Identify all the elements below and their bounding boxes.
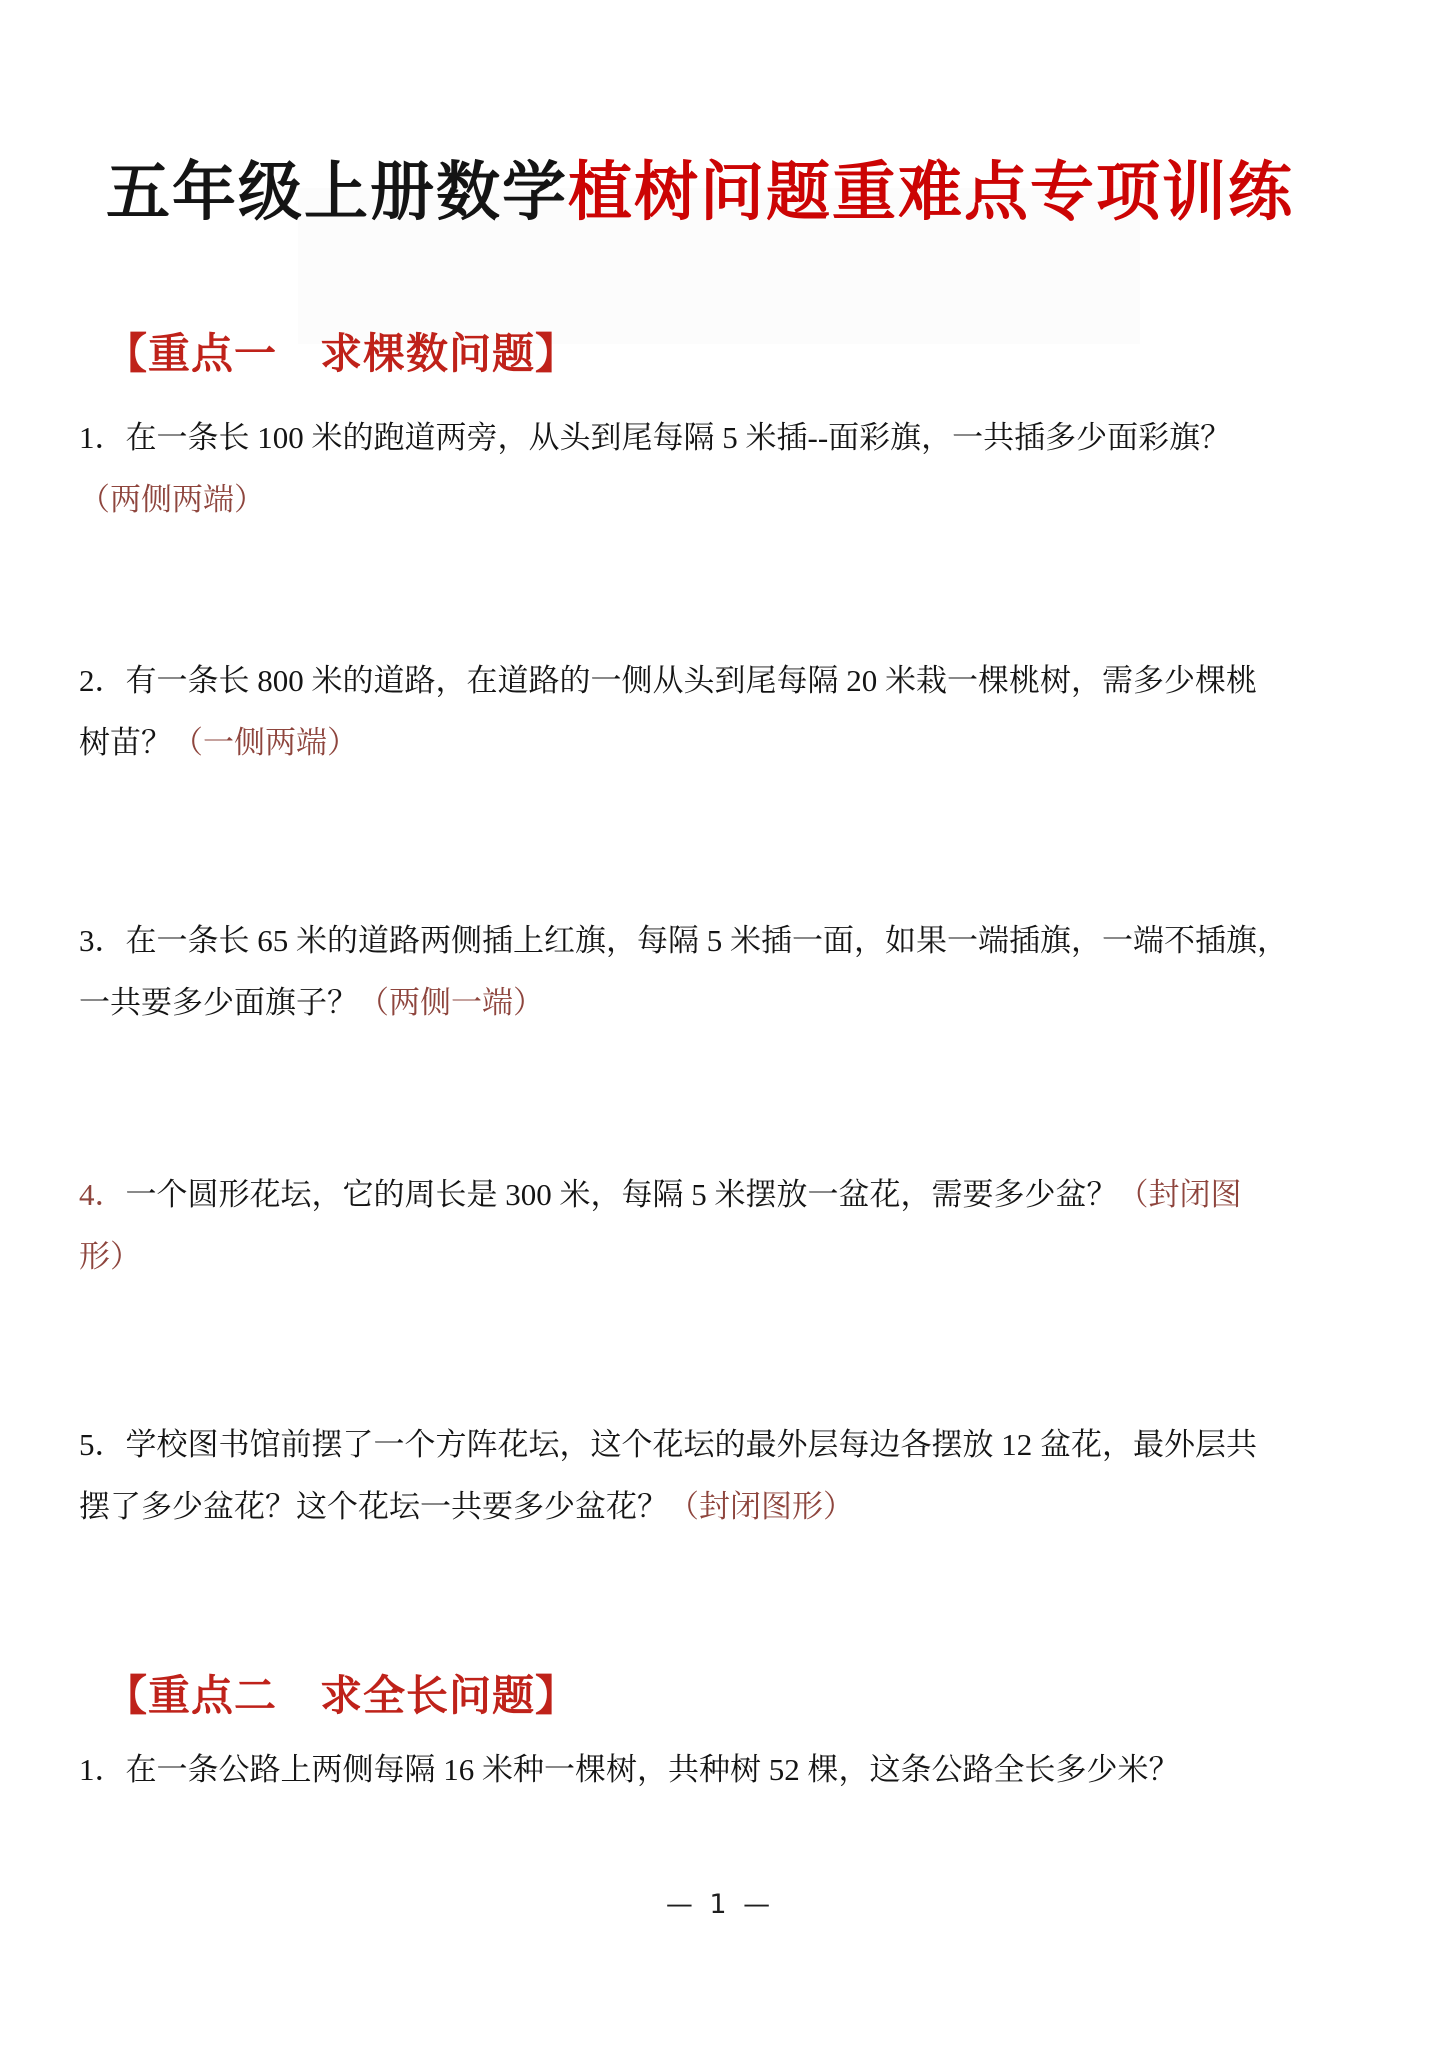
problem-2-text: 2．有一条长 800 米的道路，在道路的一侧从头到尾每隔 20 米栽一棵桃树，需… [79,650,1431,774]
problem-4-text: 4．一个圆形花坛，它的周长是 300 米，每隔 5 米摆放一盆花，需要多少盆？（… [79,1164,1431,1288]
problem-5-text: 5．学校图书馆前摆了一个方阵花坛，这个花坛的最外层每边各摆放 12 盆花，最外层… [79,1414,1431,1538]
annotation-text: （两侧两端） [79,482,265,517]
page-number: — 1 — [0,1889,1440,1920]
annotation-text: （两侧一端） [358,985,544,1020]
worksheet-page: 五年级上册数学植树问题重难点专项训练 【重点一 求棵数问题】 1．在一条长 10… [0,0,1440,2070]
section-2-problem-1-text: 1．在一条公路上两侧每隔 16 米种一棵树，共种树 52 棵，这条公路全长多少米… [79,1739,1431,1801]
problem-1-text: 1．在一条长 100 米的跑道两旁，从头到尾每隔 5 米插--面彩旗，一共插多少… [79,407,1431,531]
page-title: 五年级上册数学植树问题重难点专项训练 [106,157,1294,227]
section-1-heading: 【重点一 求棵数问题】 [105,331,578,379]
section-2-heading: 【重点二 求全长问题】 [105,1673,578,1721]
problem-3-text: 3．在一条长 65 米的道路两侧插上红旗，每隔 5 米插一面，如果一端插旗，一端… [79,910,1431,1034]
problem-body-text: 一个圆形花坛，它的周长是 300 米，每隔 5 米摆放一盆花，需要多少盆？ [126,1177,1118,1212]
problem-body-text: 1．在一条长 100 米的跑道两旁，从头到尾每隔 5 米插--面彩旗，一共插多少… [79,420,1231,455]
problem-body-text: 1．在一条公路上两侧每隔 16 米种一棵树，共种树 52 棵，这条公路全长多少米… [79,1752,1180,1787]
title-black-part: 五年级上册数学 [106,156,568,228]
title-red-part: 植树问题重难点专项训练 [568,156,1294,228]
annotation-text: 4． [79,1177,126,1212]
annotation-text: （封闭图形） [668,1489,854,1524]
problem-body-text: 3．在一条长 65 米的道路两侧插上红旗，每隔 5 米插一面，如果一端插旗，一端… [79,923,1288,1020]
annotation-text: （一侧两端） [172,725,358,760]
